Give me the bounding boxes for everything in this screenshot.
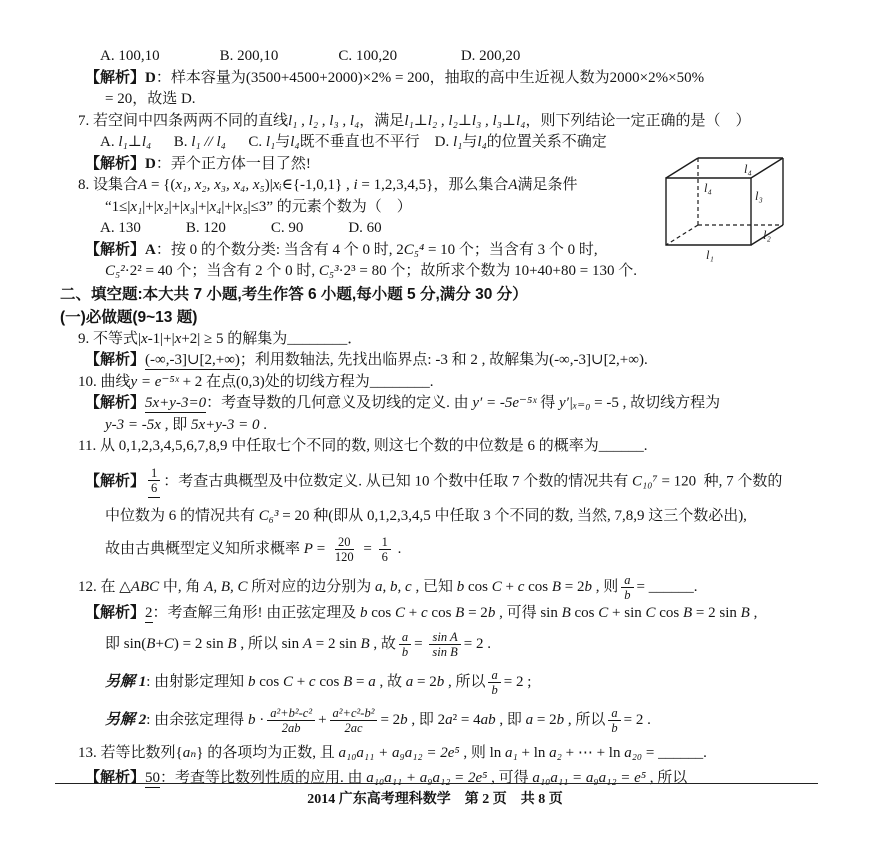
text-segment: B <box>552 579 561 595</box>
text-segment: cos <box>255 673 283 689</box>
emphasis-text: 【解析】D <box>85 156 156 172</box>
text-segment: = 120 种, 7 个数的 <box>658 473 783 489</box>
text-line: 7. 若空间中四条两两不同的直线l₁ , l₂ , l₃ , l₄，满足l₁⊥l… <box>78 111 822 133</box>
text-segment: , <box>750 605 758 621</box>
text-segment: C <box>645 605 655 621</box>
text-segment: A <box>303 635 312 651</box>
text-segment: = <box>352 673 368 689</box>
emphasis-text: 另解 2 <box>105 711 146 727</box>
text-segment: A. 130 B. 120 C. 90 D. 60 <box>100 220 382 236</box>
text-line: 中位数为 6 的情况共有 C₆³ = 20 种(即从 0,1,2,3,4,5 中… <box>105 506 822 528</box>
text-segment: ·2² = 40 个；当含有 2 个 0 时, <box>125 263 319 279</box>
text-segment: = 2 <box>533 711 556 727</box>
text-segment: , 已知 <box>412 579 457 595</box>
text-segment: A <box>138 177 147 193</box>
text-segment: + <box>502 579 518 595</box>
cube-label-l3: l₃ <box>755 189 763 203</box>
text-segment: ) = 2 sin <box>174 635 227 651</box>
text-segment: 中位数为 6 的情况共有 <box>105 508 259 524</box>
text-segment: |≤3” 的元素个数为（ ） <box>248 199 412 215</box>
text-segment: b <box>585 579 593 595</box>
text-segment: ，满足 <box>359 113 404 129</box>
text-segment: , 即 <box>496 711 526 727</box>
text-segment: xᵢ <box>273 177 282 193</box>
text-line: 另解 2: 由余弦定理得 b ·a²+b²-c²2ab+a²+c²-b²2ac=… <box>105 705 822 736</box>
text-segment: a₁ <box>505 745 518 761</box>
text-segment: , 所以 sin <box>237 635 303 651</box>
text-line: 故由古典概型定义知所求概率 P = 20120 = 16 . <box>105 534 822 565</box>
text-segment: 9. 不等式| <box>78 331 141 347</box>
text-segment: ：考查解三角形! 由正弦定理及 <box>153 605 361 621</box>
text-segment: l₄ <box>290 134 299 150</box>
text-line: 11. 从 0,1,2,3,4,5,6,7,8,9 中任取七个不同的数, 则这七… <box>78 436 822 458</box>
text-segment: a₂ <box>549 745 562 761</box>
text-segment: a, b, c <box>375 579 412 595</box>
cube-hidden-edge-bottom-left <box>666 225 698 245</box>
text-segment: B <box>683 605 692 621</box>
text-segment: B <box>455 605 464 621</box>
text-segment: C₅⁴ <box>404 242 424 258</box>
fraction: ab <box>608 706 620 735</box>
text-segment: l₄ <box>477 134 486 150</box>
answer-text: 2 <box>145 605 153 623</box>
text-segment: 所对应的边分别为 <box>248 579 376 595</box>
text-line: 即 sin(B+C) = 2 sin B , 所以 sin A = 2 sin … <box>105 629 822 660</box>
text-segment: = 10 个；当含有 3 个 0 时, <box>424 242 597 258</box>
text-segment: B <box>227 635 236 651</box>
text-segment: 5x+y-3 = 0 <box>191 417 260 433</box>
text-segment: . <box>394 541 402 557</box>
text-line: = 20，故选 D. <box>105 89 822 111</box>
text-segment: cos <box>571 605 599 621</box>
text-segment: ：样本容量为(3500+4500+2000)×2% = 200，抽取的高中生近视… <box>156 70 704 86</box>
fraction: 20120 <box>332 535 357 564</box>
text-segment: y-3 = -5x <box>105 417 161 433</box>
text-segment: = ______. <box>637 579 698 595</box>
text-segment: y = e⁻⁵ˣ <box>131 374 179 390</box>
text-segment: , 所以 <box>444 673 485 689</box>
text-segment: = 2 ; <box>504 673 532 689</box>
text-segment: C <box>164 635 174 651</box>
text-segment: : 由余弦定理得 <box>146 711 248 727</box>
cube-edge-top-right <box>751 158 783 178</box>
text-segment: ABC <box>131 579 159 595</box>
text-segment: 故由古典概型定义知所求概率 <box>105 541 304 557</box>
text-segment: cos <box>316 673 344 689</box>
text-segment: + <box>318 711 326 727</box>
text-line: 13. 若等比数列{aₙ} 的各项均为正数, 且 a₁₀a₁₁ + a₉a₁₂ … <box>78 743 822 765</box>
cube-edge-top-left <box>666 158 698 178</box>
text-segment: C <box>283 673 293 689</box>
text-segment: C₆³ <box>259 508 279 524</box>
text-segment: x₁ <box>130 199 142 215</box>
text-segment: 12. 在 △ <box>78 579 131 595</box>
text-segment: 与 <box>462 134 477 150</box>
text-segment: b <box>557 711 565 727</box>
text-line: 12. 在 △ABC 中, 角 A, B, C 所对应的边分别为 a, b, c… <box>78 572 822 603</box>
text-segment: x₁, x₂, x₃, x₄, x₅ <box>175 177 264 193</box>
text-segment: 11. 从 0,1,2,3,4,5,6,7,8,9 中任取七个不同的数, 则这七… <box>78 438 647 454</box>
cube-figure: l₄ l₄ l₃ l₂ l₁ <box>656 152 816 264</box>
text-segment: |+| <box>221 199 235 215</box>
fraction: sin Asin B <box>429 630 460 659</box>
text-segment: A <box>508 177 517 193</box>
text-segment: , 即 2 <box>408 711 446 727</box>
text-segment: 7. 若空间中四条两两不同的直线 <box>78 113 288 129</box>
text-segment: A. 100,10 B. 200,10 C. 100,20 D. 200,20 <box>100 48 520 64</box>
text-segment: x₂ <box>157 199 169 215</box>
text-segment: = 20 种(即从 0,1,2,3,4,5 中任取 3 个不同的数, 当然, 7… <box>278 508 746 524</box>
text-segment: = <box>414 635 426 651</box>
text-segment: C <box>492 579 502 595</box>
text-segment: 的位置关系不确定 <box>487 134 607 150</box>
answer-fraction: 16 <box>148 466 160 498</box>
text-segment: c <box>309 673 316 689</box>
text-segment: = 20，故选 D. <box>105 91 196 107</box>
text-segment: cos <box>464 579 492 595</box>
fraction: a²+c²-b²2ac <box>330 706 378 735</box>
text-line: 【解析】5x+y-3=0：考查导数的几何意义及切线的定义. 由 y′ = -5e… <box>85 393 822 415</box>
text-segment: . <box>260 417 268 433</box>
text-segment: B <box>741 605 750 621</box>
text-segment: A. <box>100 134 118 150</box>
cube-diagram: l₄ l₄ l₃ l₂ l₁ <box>656 152 816 264</box>
section-heading: 二、填空题:本大共 7 小题,考生作答 6 小题,每小题 5 分,满分 30 分… <box>60 283 822 306</box>
text-segment: B. <box>151 134 191 150</box>
cube-label-l4-top: l₄ <box>744 162 752 176</box>
text-segment: : 由射影定理知 <box>146 673 248 689</box>
text-segment: } 的各项均为正数, 且 <box>196 745 338 761</box>
text-segment: cos <box>524 579 552 595</box>
text-segment: ：按 0 的个数分类: 当含有 4 个 0 时, 2 <box>156 242 404 258</box>
text-segment: 二、填空题:本大共 7 小题,考生作答 6 小题,每小题 5 分,满分 30 分… <box>60 286 528 303</box>
text-line: y-3 = -5x , 即 5x+y-3 = 0 . <box>105 415 822 437</box>
text-segment: a₁₀a₁₁ + a₉a₁₂ = 2e⁵ <box>339 745 460 761</box>
text-segment: 即 sin( <box>105 635 146 651</box>
answer-text: 50 <box>145 770 160 788</box>
text-segment: )| <box>265 177 273 193</box>
text-segment: C <box>395 605 405 621</box>
answer-text: (-∞,-3]∪[2,+∞) <box>145 352 240 370</box>
text-segment: + 2 在点(0,3)处的切线方程为________. <box>179 374 434 390</box>
text-line: 【解析】16：考查古典概型及中位数定义. 从已知 10 个数中任取 7 个数的情… <box>85 465 822 499</box>
text-segment: = <box>313 541 329 557</box>
text-line: A. l₁⊥l₄ B. l₁ // l₄ C. l₁与l₄既不垂直也不平行 D.… <box>100 132 822 154</box>
text-segment: l₁⊥l₄ <box>118 134 151 150</box>
text-segment: = 2 <box>464 605 487 621</box>
text-segment: ：考查导数的几何意义及切线的定义. 由 <box>206 395 472 411</box>
text-segment: ：弄个正方体一目了然! <box>156 156 311 172</box>
text-segment: = ______. <box>642 745 707 761</box>
text-segment: l₁ // l₄ <box>191 134 226 150</box>
text-segment: , 故 <box>376 673 406 689</box>
text-segment: = 2 <box>413 673 436 689</box>
emphasis-text: 【解析】D <box>85 70 156 86</box>
cube-label-l1: l₁ <box>706 248 714 262</box>
text-segment: = -5 , 故切线方程为 <box>590 395 720 411</box>
text-line: 【解析】2：考查解三角形! 由正弦定理及 b cos C + c cos B =… <box>85 603 822 625</box>
text-segment: , 则 ln <box>460 745 505 761</box>
text-line: 9. 不等式|x-1|+|x+2| ≥ 5 的解集为________． <box>78 329 822 351</box>
text-line: C₅²·2² = 40 个；当含有 2 个 0 时, C₅³·2³ = 80 个… <box>105 261 822 283</box>
text-segment: , 则 <box>592 579 618 595</box>
text-segment: 10. 曲线 <box>78 374 131 390</box>
text-line: 【解析】D：样本容量为(3500+4500+2000)×2% = 200，抽取的… <box>85 68 822 90</box>
fraction: a²+b²-c²2ab <box>267 706 315 735</box>
text-line: 【解析】50：考查等比数列性质的应用. 由 a₁₀a₁₁ + a₉a₁₂ = 2… <box>85 768 822 790</box>
answer-text: 5x+y-3=0 <box>145 395 206 413</box>
cube-label-l2: l₂ <box>763 228 771 242</box>
text-segment: C₁₀⁷ <box>632 473 658 489</box>
text-segment: A, B, C <box>204 579 247 595</box>
text-segment: l₁ <box>453 134 462 150</box>
emphasis-text: 【解析】 <box>85 473 145 489</box>
text-segment: |+| <box>195 199 209 215</box>
fraction: 16 <box>379 535 391 564</box>
text-segment: = 2 <box>561 579 584 595</box>
emphasis-text: 另解 1 <box>105 673 146 689</box>
text-segment: 13. 若等比数列{ <box>78 745 183 761</box>
text-segment: ·2³ = 80 个；故所求个数为 10+40+80 = 130 个. <box>339 263 637 279</box>
text-segment: + sin <box>608 605 645 621</box>
text-segment: l₁ <box>266 134 275 150</box>
text-segment: l₁⊥l₂ , l₂⊥l₃ , l₃⊥l₄ <box>404 113 525 129</box>
text-segment: ab <box>481 711 496 727</box>
text-segment: = 2 . <box>624 711 651 727</box>
text-segment: C₅² <box>105 263 125 279</box>
text-segment: (一)必做题(9~13 题) <box>60 309 197 326</box>
text-segment: ，则下列结论一定正确的是（ ） <box>525 113 750 129</box>
text-segment: x <box>141 331 148 347</box>
text-segment: , 故 <box>370 635 396 651</box>
text-line: A. 100,10 B. 200,10 C. 100,20 D. 200,20 <box>100 46 822 68</box>
text-segment: = 1,2,3,4,5}，那么集合 <box>358 177 509 193</box>
text-segment: ² = 4 <box>453 711 481 727</box>
fraction: ab <box>621 573 633 602</box>
text-segment: B <box>360 635 369 651</box>
text-segment: cos <box>656 605 684 621</box>
text-segment: a₂₀ <box>624 745 642 761</box>
text-segment: + <box>155 635 163 651</box>
text-segment: ；利用数轴法, 先找出临界点: -3 和 2 , 故解集为(-∞,-3]∪[2,… <box>240 352 648 368</box>
text-segment: cos <box>368 605 396 621</box>
text-line: 另解 1: 由射影定理知 b cos C + c cos B = a , 故 a… <box>105 667 822 698</box>
text-segment: a <box>445 711 453 727</box>
page-footer: 2014 广东高考理科数学 第 2 页 共 8 页 <box>0 788 870 808</box>
text-segment: 满足条件 <box>518 177 578 193</box>
emphasis-text: 【解析】 <box>85 352 145 368</box>
text-segment: = 2 <box>380 711 400 727</box>
text-segment: x₄ <box>209 199 221 215</box>
text-segment: l₁ , l₂ , l₃ , l₄ <box>288 113 359 129</box>
text-segment: b <box>360 605 368 621</box>
text-segment: B <box>562 605 571 621</box>
section-heading: (一)必做题(9~13 题) <box>60 306 822 329</box>
text-segment: + ⋯ + ln <box>562 745 624 761</box>
text-segment: , 可得 sin <box>495 605 561 621</box>
text-segment: = <box>360 541 376 557</box>
text-segment: a <box>368 673 376 689</box>
text-segment: x₃ <box>183 199 195 215</box>
cube-label-l4-back: l₄ <box>704 181 712 195</box>
text-segment: x₅ <box>236 199 248 215</box>
text-segment: = {( <box>147 177 175 193</box>
text-segment: B <box>343 673 352 689</box>
text-segment: = 2 sin <box>692 605 740 621</box>
exam-page: A. 100,10 B. 200,10 C. 100,20 D. 200,20【… <box>0 0 870 842</box>
text-segment: cos <box>428 605 456 621</box>
text-segment: C. <box>226 134 266 150</box>
text-segment: 得 <box>536 395 559 411</box>
text-segment: y′ = -5e⁻⁵ˣ <box>472 395 536 411</box>
text-segment: · <box>255 711 264 727</box>
text-segment: 中, 角 <box>159 579 204 595</box>
text-segment: b <box>400 711 408 727</box>
text-segment: 既不垂直也不平行 D. <box>300 134 453 150</box>
text-segment: +2| ≥ 5 的解集为________． <box>181 331 362 347</box>
text-segment: ∈{-1,0,1} , <box>282 177 354 193</box>
text-segment: -1|+| <box>148 331 175 347</box>
text-segment: + <box>405 605 421 621</box>
text-segment: + ln <box>518 745 549 761</box>
text-line: 10. 曲线y = e⁻⁵ˣ + 2 在点(0,3)处的切线方程为_______… <box>78 372 822 394</box>
text-segment: = 2 sin <box>312 635 360 651</box>
footer-text: 2014 广东高考理科数学 第 2 页 共 8 页 <box>307 792 563 807</box>
text-segment: 与 <box>275 134 290 150</box>
text-segment: , 即 <box>161 417 191 433</box>
text-segment: |+| <box>142 199 156 215</box>
text-segment: + <box>293 673 309 689</box>
emphasis-text: 【解析】A <box>85 242 156 258</box>
text-segment: “1≤| <box>105 199 130 215</box>
text-segment: c <box>421 605 428 621</box>
text-segment: C <box>598 605 608 621</box>
text-segment: P <box>304 541 313 557</box>
text-segment: ：考查古典概型及中位数定义. 从已知 10 个数中任取 7 个数的情况共有 <box>163 473 632 489</box>
text-segment: = 2 . <box>464 635 491 651</box>
text-segment: aₙ <box>183 745 197 761</box>
text-segment: y′|ₓ₌₀ <box>559 395 590 411</box>
text-segment: C₅³ <box>319 263 339 279</box>
emphasis-text: 【解析】 <box>85 605 145 621</box>
text-segment: 8. 设集合 <box>78 177 138 193</box>
fraction: ab <box>488 668 500 697</box>
fraction: ab <box>399 630 411 659</box>
text-segment: , 所以 <box>564 711 605 727</box>
text-line: 【解析】(-∞,-3]∪[2,+∞)；利用数轴法, 先找出临界点: -3 和 2… <box>85 350 822 372</box>
emphasis-text: 【解析】 <box>85 395 145 411</box>
text-segment: |+| <box>169 199 183 215</box>
footer-divider <box>55 783 818 784</box>
